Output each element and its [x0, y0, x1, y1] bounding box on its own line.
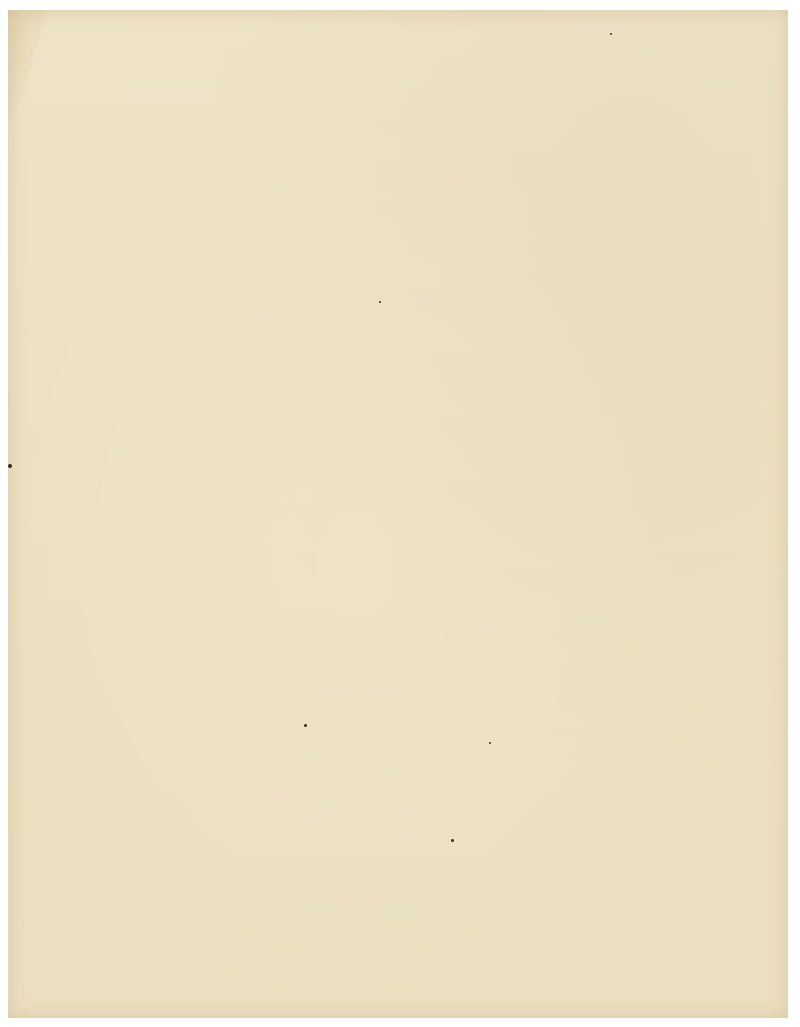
paper-speck	[304, 724, 307, 727]
paper-speck	[8, 464, 12, 468]
paper-speck	[489, 742, 491, 744]
paper-speck	[379, 301, 381, 303]
paper-sheet	[8, 10, 788, 1018]
paper-speck	[610, 33, 612, 35]
paper-speck	[451, 839, 454, 842]
